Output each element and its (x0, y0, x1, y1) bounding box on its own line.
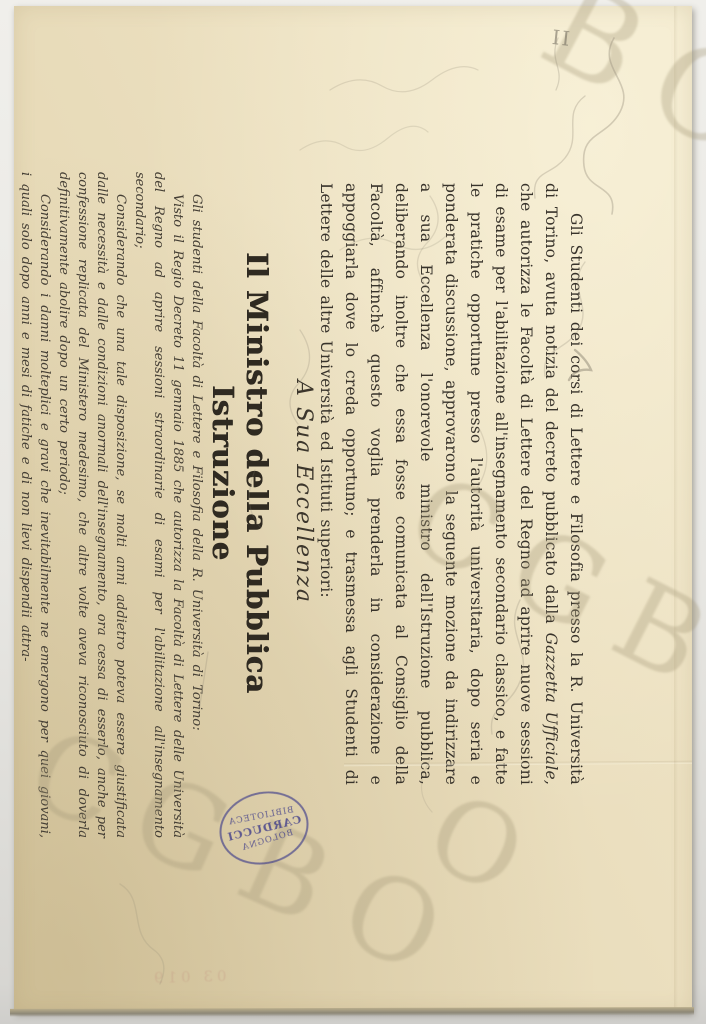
pencil-numeral-annotation: II (551, 25, 573, 51)
petition-paragraph: Considerando i danni molteplici e gravi … (16, 172, 54, 838)
opening-paragraph-end: che autorizza le Facoltà di Lettere del … (317, 183, 535, 785)
document-text-block: Gli Studenti dei corsi di Lettere e Filo… (14, 6, 692, 1012)
paper-edge-shading (674, 6, 678, 1012)
faint-shelfmark-number: 03 019 (150, 967, 227, 987)
paper-sheet: Gli Studenti dei corsi di Lettere e Filo… (14, 6, 692, 1012)
petition-block: Gli studenti della Facoltà di Lettere e … (16, 172, 206, 838)
petition-paragraph: Gli studenti della Facoltà di Lettere e … (187, 172, 206, 838)
petition-paragraph: Visto il Regio Decreto 11 gennaio 1885 c… (130, 172, 187, 838)
paper-bottom-edge-shadow (10, 1007, 694, 1017)
addressee-title: Il Ministro della Pubblica Istruzione (206, 172, 274, 774)
opening-paragraph: Gli Studenti dei corsi di Lettere e Filo… (313, 183, 588, 785)
scanned-document-page: Gli Studenti dei corsi di Lettere e Filo… (0, 0, 706, 1024)
salutation-line: A Sua Eccellenza (291, 172, 316, 812)
petition-paragraph: Considerando che una tale disposizione, … (54, 172, 130, 838)
